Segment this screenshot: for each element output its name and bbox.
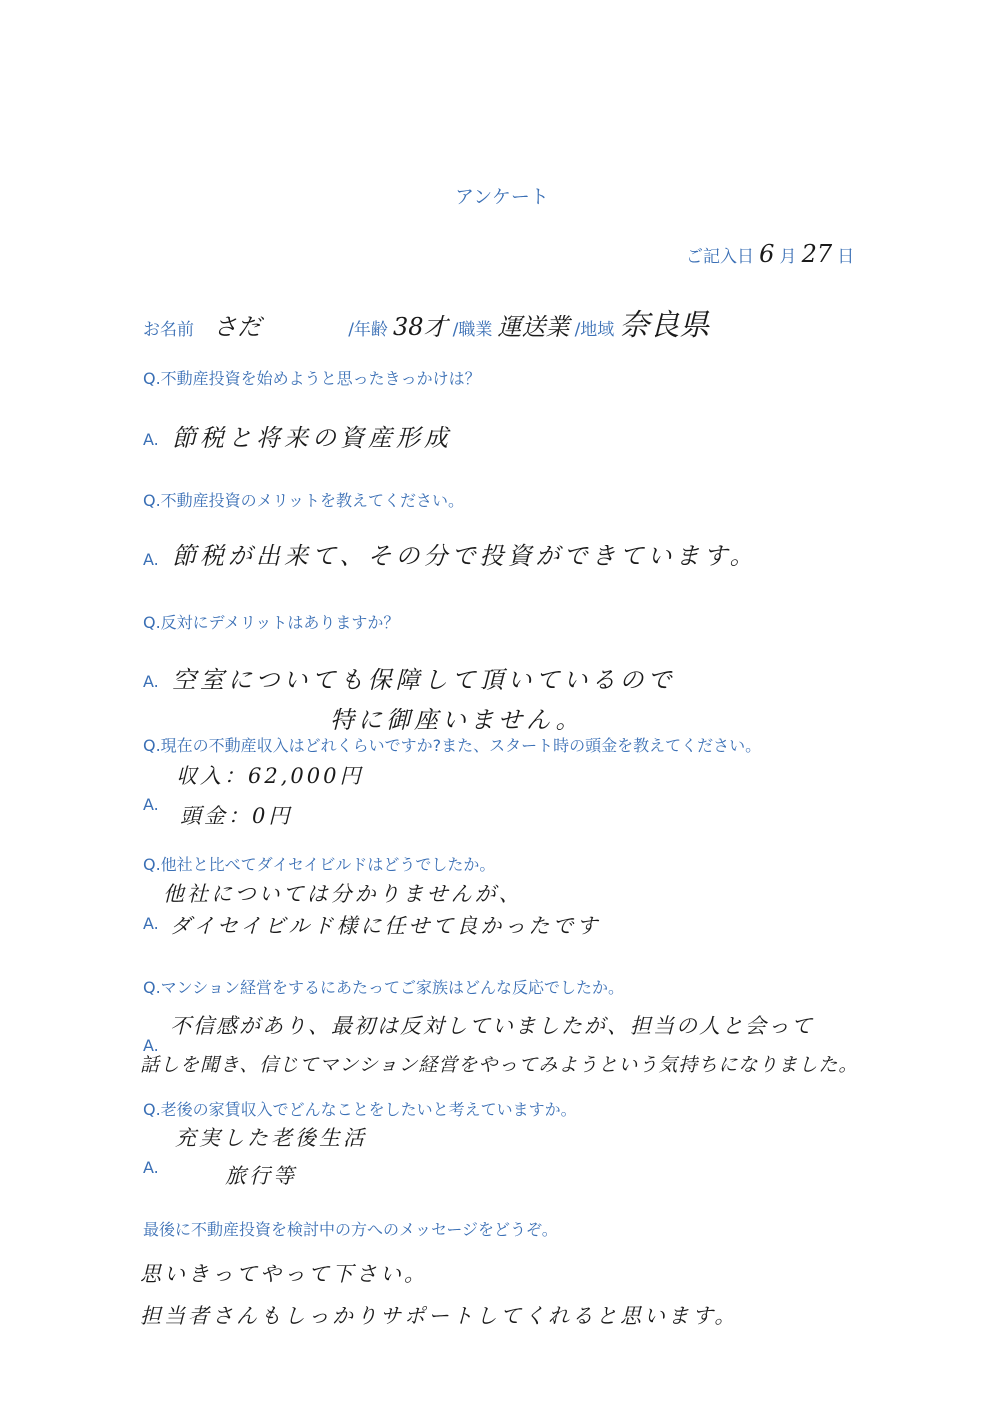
- answer-6-line-1: 不信感があり、最初は反対していましたが、担当の人と会って: [170, 1010, 814, 1040]
- answer-label-4: A.: [143, 795, 159, 814]
- question-6: Q.マンション経営をするにあたってご家族はどんな反応でしたか。: [143, 975, 624, 998]
- answer-label-5: A.: [143, 914, 159, 933]
- question-4: Q.現在の不動産収入はどれくらいですか?また、スタート時の頭金を教えてください。: [143, 733, 761, 756]
- answer-6-line-2: 話しを聞き、信じてマンション経営をやってみようという気持ちになりました。: [140, 1050, 858, 1077]
- answer-2: 節税が出来て、その分で投資ができています。: [172, 536, 758, 571]
- form-title: アンケート: [455, 182, 549, 209]
- answer-3-line-1: 空室についても保障して頂いているので: [172, 660, 676, 695]
- answer-7-line-2: 旅行等: [225, 1160, 297, 1190]
- month-label: 月: [779, 247, 796, 267]
- answer-7-line-1: 充実した老後生活: [175, 1122, 367, 1152]
- job-value: 運送業: [497, 313, 569, 341]
- age-value: 38才: [393, 313, 448, 341]
- profile-row: お名前 さだ /年齢 38才 /職業 運送業 /地域 奈良県: [143, 300, 709, 344]
- final-message-line-2: 担当者さんもしっかりサポートしてくれると思います。: [140, 1300, 738, 1330]
- day-label: 日: [837, 247, 854, 267]
- age-label: /年齢: [348, 320, 388, 340]
- question-1: Q.不動産投資を始めようと思ったきっかけは？: [143, 366, 481, 389]
- answer-5-line-1: 他社については分かりませんが、: [163, 878, 523, 908]
- region-label: /地域: [575, 320, 615, 340]
- answer-label-7: A.: [143, 1158, 159, 1177]
- date-day: 27: [802, 240, 833, 268]
- answer-4-income: 収入：62,000円: [176, 760, 363, 790]
- entry-date: ご記入日 6 月 27 日: [686, 240, 854, 268]
- answer-4-down-payment: 頭金：0円: [180, 800, 292, 830]
- final-prompt: 最後に不動産投資を検討中の方へのメッセージをどうぞ。: [143, 1217, 558, 1240]
- region-value: 奈良県: [619, 308, 709, 343]
- question-2: Q.不動産投資のメリットを教えてください。: [143, 488, 464, 511]
- answer-5-line-2: ダイセイビルド様に任せて良かったです: [170, 910, 600, 940]
- name-value: さだ: [199, 307, 343, 342]
- date-month: 6: [759, 240, 774, 268]
- job-label: /職業: [453, 320, 493, 340]
- question-5: Q.他社と比べてダイセイビルドはどうでしたか。: [143, 852, 495, 875]
- answer-label-1: A.: [143, 430, 159, 449]
- answer-label-3: A.: [143, 672, 159, 691]
- answer-3-line-2: 特に御座いません。: [330, 700, 583, 735]
- name-label: お名前: [143, 320, 194, 340]
- question-7: Q.老後の家賃収入でどんなことをしたいと考えていますか。: [143, 1097, 577, 1120]
- answer-label-2: A.: [143, 550, 159, 569]
- final-message-line-1: 思いきってやって下さい。: [140, 1258, 428, 1288]
- question-3: Q.反対にデメリットはありますか？: [143, 610, 399, 633]
- date-label: ご記入日: [686, 247, 754, 267]
- answer-1: 節税と将来の資産形成: [172, 418, 452, 453]
